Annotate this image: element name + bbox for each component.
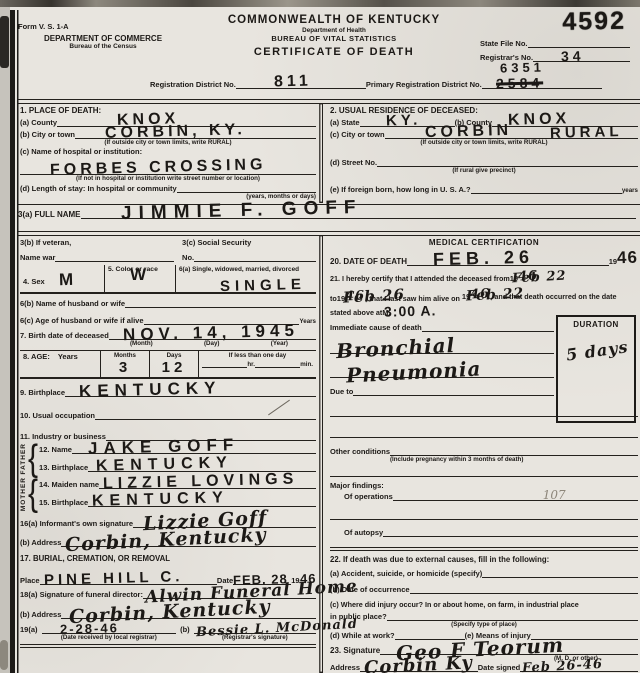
ext-a-line bbox=[482, 569, 638, 578]
sec2d-note: (If rural give precinct) bbox=[330, 167, 638, 174]
sec1b-line: CORBIN, KY. bbox=[75, 130, 316, 139]
burial-place-value: PINE HILL C. bbox=[43, 569, 183, 588]
cause-line2: Pneumonia bbox=[330, 369, 554, 378]
age-months-label: Months bbox=[104, 352, 146, 359]
spouse-line bbox=[125, 299, 316, 308]
cause-of-death-block: DURATION 5 days Immediate cause of death… bbox=[330, 323, 638, 438]
state-file-line bbox=[528, 39, 630, 48]
director-addr-line: Corbin, Kentucky bbox=[61, 610, 316, 619]
occupation-line bbox=[95, 411, 316, 420]
sec1d-line bbox=[177, 184, 316, 193]
date-signed-label: Date signed bbox=[478, 663, 521, 672]
director-addr-label: (b) Address bbox=[20, 610, 61, 619]
received-label: 19(a) bbox=[20, 625, 38, 641]
birthdate-line: NOV. 14, 1945 bbox=[109, 331, 316, 340]
spouse-age-label: 6(c) Age of husband or wife if alive bbox=[20, 316, 144, 325]
sec2e-line bbox=[471, 185, 622, 194]
operations-line: 107 bbox=[393, 492, 638, 501]
sex-line: M bbox=[45, 278, 101, 286]
veteran-label: 3(b) If veteran, bbox=[20, 238, 174, 247]
cause-line1: Bronchial bbox=[330, 345, 554, 354]
mother-group: MOTHER { 14. Maiden name LIZZIE LOVINGS … bbox=[20, 477, 316, 511]
header-left: Form V. S. 1-A DEPARTMENT OF COMMERCE Bu… bbox=[18, 14, 188, 76]
other-conditions-line2 bbox=[330, 468, 638, 477]
informant-addr-value: Corbin, Kentucky bbox=[65, 525, 267, 555]
physician-addr-value: Corbin Ky bbox=[364, 655, 474, 673]
findings-bottom-rule bbox=[330, 547, 638, 552]
ext-b-line bbox=[410, 585, 638, 594]
dod-label: 20. DATE OF DEATH bbox=[330, 257, 407, 266]
certify-statement: 21. I hereby certify that I attended the… bbox=[330, 270, 638, 317]
mother-side-label: MOTHER bbox=[20, 477, 27, 511]
ssn-line bbox=[194, 253, 316, 262]
sec2d-label: (d) Street No. bbox=[330, 158, 377, 167]
age-label: 8. AGE: bbox=[23, 352, 50, 377]
father-bp-label: 13. Birthplace bbox=[39, 463, 88, 472]
burial-title: 17. BURIAL, CREMATION, OR REMOVAL bbox=[20, 554, 316, 563]
sec2e-label: (e) If foreign born, how long in U. S. A… bbox=[330, 185, 471, 194]
age-hr-label: hr. bbox=[247, 361, 255, 368]
due-to-line1 bbox=[353, 387, 554, 396]
sec2c-label: (c) City or town bbox=[330, 130, 385, 139]
birthdate-value: NOV. 14, 1945 bbox=[123, 322, 299, 344]
informant-addr-label: (b) Address bbox=[20, 538, 61, 547]
place-of-death-section: 1. PLACE OF DEATH: (a) County KNOX (b) C… bbox=[16, 103, 322, 203]
state-file-label: State File No. bbox=[480, 39, 528, 48]
other-conditions-label: Other conditions bbox=[330, 447, 390, 456]
header-center: COMMONWEALTH OF KENTUCKY Department of H… bbox=[188, 14, 480, 76]
birthdate-label: 7. Birth date of deceased bbox=[20, 331, 109, 340]
certificate-title: CERTIFICATE OF DEATH bbox=[188, 46, 480, 58]
fullname-line: JIMMIE F. GOFF bbox=[81, 210, 636, 219]
sec1d-label: (d) Length of stay: In hospital or commu… bbox=[20, 184, 177, 193]
scan-edge-noise bbox=[0, 0, 640, 7]
ssn-label: 3(c) Social Security bbox=[182, 238, 316, 247]
age-min-line bbox=[255, 359, 300, 368]
death-time-value: 3:00 A. bbox=[384, 303, 437, 318]
yr3-value: 46 bbox=[470, 287, 491, 301]
medical-certification-title: MEDICAL CERTIFICATION bbox=[330, 238, 638, 247]
registration-district-row: Registration District No. 811 Primary Re… bbox=[150, 80, 630, 89]
sec2c-line: CORBIN RURAL bbox=[385, 130, 638, 139]
age-days-label: Days bbox=[153, 352, 195, 359]
age-days-value: 12 bbox=[162, 359, 187, 376]
duration-value: 5 days bbox=[565, 338, 635, 363]
bureau-name: Bureau of the Census bbox=[18, 43, 188, 50]
yr1-value: 46 bbox=[518, 269, 539, 283]
certify-line1: 21. I hereby certify that I attended the… bbox=[330, 275, 510, 283]
birthplace-label: 9. Birthplace bbox=[20, 388, 65, 397]
bureau-vital-statistics: BUREAU OF VITAL STATISTICS bbox=[188, 34, 480, 43]
father-name-label: 12. Name bbox=[39, 445, 72, 454]
reg-district-value: 811 bbox=[274, 74, 312, 91]
sec2c-value: CORBIN bbox=[424, 123, 511, 141]
age-years-label: Years bbox=[58, 352, 78, 377]
father-name-line: JAKE GOFF bbox=[72, 445, 316, 454]
right-column: MEDICAL CERTIFICATION 20. DATE OF DEATH … bbox=[322, 235, 640, 673]
sec1b-label: (b) City or town bbox=[20, 130, 75, 139]
age-hr-line bbox=[202, 359, 247, 368]
spouse-age-suffix: Years bbox=[299, 318, 316, 325]
age-row: 8. AGE: Years Months 3 Days 12 If less t… bbox=[20, 350, 316, 379]
age-less-label: If less than one day bbox=[202, 352, 313, 359]
physician-addr-line: Corbin Ky bbox=[360, 663, 478, 672]
reg-district-label: Registration District No. bbox=[150, 80, 236, 89]
birthdate-year-note: (Year) bbox=[271, 340, 288, 347]
sex-label: 4. Sex bbox=[23, 277, 45, 286]
registrar-sig-line: Bessie L. McDonald bbox=[194, 625, 316, 634]
duration-box: DURATION 5 days bbox=[556, 315, 636, 423]
primary-district-crossed-value: 2584 bbox=[496, 75, 544, 90]
informant-label: 16(a) Informant's own signature bbox=[20, 519, 133, 528]
primary-district-line: 6351 2584 bbox=[482, 80, 602, 89]
other-conditions-line bbox=[390, 447, 638, 456]
marital-value: SINGLE bbox=[220, 277, 306, 294]
scan-smudge bbox=[0, 640, 8, 670]
spouse-label: 6(b) Name of husband or wife bbox=[20, 299, 125, 308]
registrar-no-line: 34 bbox=[533, 53, 630, 62]
autopsy-line bbox=[383, 528, 638, 537]
due-to-line3 bbox=[330, 429, 638, 438]
mother-name-label: 14. Maiden name bbox=[39, 480, 99, 489]
operations-faint-value: 107 bbox=[543, 488, 566, 502]
certify-line2a: to bbox=[330, 295, 337, 303]
sec1b-value: CORBIN, KY. bbox=[105, 122, 246, 142]
scan-smudge bbox=[0, 16, 9, 68]
age-min-label: min. bbox=[300, 361, 313, 368]
date-signed-line: Feb 26-46 bbox=[520, 663, 638, 672]
sec2e-suffix: years bbox=[622, 187, 638, 194]
sec2a-value: KY. bbox=[385, 113, 421, 129]
father-side-label: FATHER bbox=[20, 443, 27, 475]
primary-district-new-value: 6351 bbox=[500, 60, 545, 74]
left-column: 3(b) If veteran, Name war 3(c) Social Se… bbox=[16, 235, 322, 673]
due-to-label: Due to bbox=[330, 387, 353, 396]
department-name: DEPARTMENT OF COMMERCE bbox=[18, 34, 188, 43]
commonwealth-title: COMMONWEALTH OF KENTUCKY bbox=[188, 14, 480, 26]
veteran-war-label: Name war bbox=[20, 253, 55, 262]
residence-section: 2. USUAL RESIDENCE OF DECEASED: (a) Stat… bbox=[322, 103, 640, 203]
dept-of-health: Department of Health bbox=[188, 27, 480, 34]
sec2a-label: (a) State bbox=[330, 118, 360, 127]
burial-place-line: PINE HILL C. bbox=[40, 576, 217, 585]
form-left-border bbox=[10, 10, 15, 673]
sex-value: M bbox=[58, 271, 77, 288]
certify-line4a: stated above at bbox=[330, 309, 382, 317]
physician-addr-label: Address bbox=[330, 663, 360, 672]
marital-label: 6(a) Single, widowed, married, divorced bbox=[179, 266, 313, 274]
veteran-war-line bbox=[55, 253, 174, 262]
burial-place-label: Place bbox=[20, 576, 40, 585]
ext-d-label: (d) While at work? bbox=[330, 631, 395, 640]
received-value: 2-28-46 bbox=[59, 621, 118, 636]
physician-sig-label: 23. Signature bbox=[330, 646, 380, 655]
external-causes-label: 22. If death was due to external causes,… bbox=[330, 555, 638, 564]
informant-addr-line: Corbin, Kentucky bbox=[61, 538, 316, 547]
cause-line0 bbox=[422, 323, 554, 332]
sec2c-value2: RURAL bbox=[549, 124, 622, 141]
fullname-label: 3(a) FULL NAME bbox=[18, 210, 81, 219]
reg-district-line: 811 bbox=[236, 80, 366, 89]
father-group: FATHER { 12. Name JAKE GOFF 13. Birthpla… bbox=[20, 443, 316, 475]
sec2-title: 2. USUAL RESIDENCE OF DECEASED: bbox=[330, 106, 638, 115]
mother-bp-value: KENTUCKY bbox=[92, 490, 229, 510]
ext-c-line bbox=[387, 612, 638, 621]
ext-c-note: (Specify type of place) bbox=[330, 621, 638, 628]
place-and-residence-row: 1. PLACE OF DEATH: (a) County KNOX (b) C… bbox=[16, 103, 640, 203]
sex-race-marital-row: 4. Sex M 5. Color or race W 6(a) Single,… bbox=[20, 265, 316, 294]
operations-label: Of operations bbox=[344, 492, 393, 501]
other-conditions-note: (Include pregnancy within 3 months of de… bbox=[330, 456, 638, 463]
ext-c-label-1: (c) Where did injury occur? In or about … bbox=[330, 600, 638, 609]
mother-bp-line: KENTUCKY bbox=[88, 498, 316, 507]
registrar-sig-label: (b) bbox=[180, 625, 190, 641]
yr2-value: 46 bbox=[345, 289, 366, 303]
operations-line2 bbox=[330, 511, 638, 520]
duration-label: DURATION bbox=[558, 320, 634, 329]
sec1a-label: (a) County bbox=[20, 118, 57, 127]
cause-value-1: Bronchial bbox=[336, 335, 456, 361]
mother-name-line: LIZZIE LOVINGS bbox=[99, 480, 316, 489]
main-body: 3(b) If veteran, Name war 3(c) Social Se… bbox=[16, 235, 640, 673]
full-name-row: 3(a) FULL NAME JIMMIE F. GOFF bbox=[18, 210, 636, 219]
dod-value: FEB. 26 bbox=[433, 248, 534, 269]
cause-label: Immediate cause of death bbox=[330, 323, 422, 332]
major-findings-label: Major findings: bbox=[330, 481, 638, 490]
file-number-stamp: 4592 bbox=[480, 7, 626, 39]
age-months-value: 3 bbox=[119, 359, 131, 376]
mother-brace: { bbox=[28, 475, 38, 513]
primary-district-label: Primary Registration District No. bbox=[366, 80, 482, 89]
occupation-label: 10. Usual occupation bbox=[20, 411, 95, 420]
birthplace-value: KENTUCKY bbox=[79, 379, 222, 400]
sec1c-line: FORBES CROSSING bbox=[20, 166, 316, 175]
cause-value-2: Pneumonia bbox=[346, 358, 482, 385]
dod-year-printed: 19 bbox=[609, 257, 617, 266]
death-certificate-scan: Form V. S. 1-A DEPARTMENT OF COMMERCE Bu… bbox=[0, 0, 640, 673]
dod-year-value: 46 bbox=[617, 249, 638, 267]
autopsy-label: Of autopsy bbox=[344, 528, 383, 537]
form-number: Form V. S. 1-A bbox=[18, 22, 188, 31]
dod-line: FEB. 26 bbox=[407, 257, 609, 266]
registrar-no-value: 34 bbox=[561, 49, 585, 64]
left-column-bottom-rule bbox=[20, 644, 316, 649]
sec1c-label: (c) Name of hospital or institution: bbox=[20, 147, 142, 156]
birthplace-line: KENTUCKY bbox=[65, 388, 316, 397]
race-value: W bbox=[130, 265, 150, 284]
date-signed-value: Feb 26-46 bbox=[522, 658, 604, 673]
director-label: 18(a) Signature of funeral director: bbox=[20, 590, 143, 599]
sec2d-line bbox=[377, 158, 638, 167]
received-line: 2-28-46 bbox=[42, 625, 177, 634]
ssn-no-label: No. bbox=[182, 253, 194, 262]
mother-bp-label: 15. Birthplace bbox=[39, 498, 88, 507]
